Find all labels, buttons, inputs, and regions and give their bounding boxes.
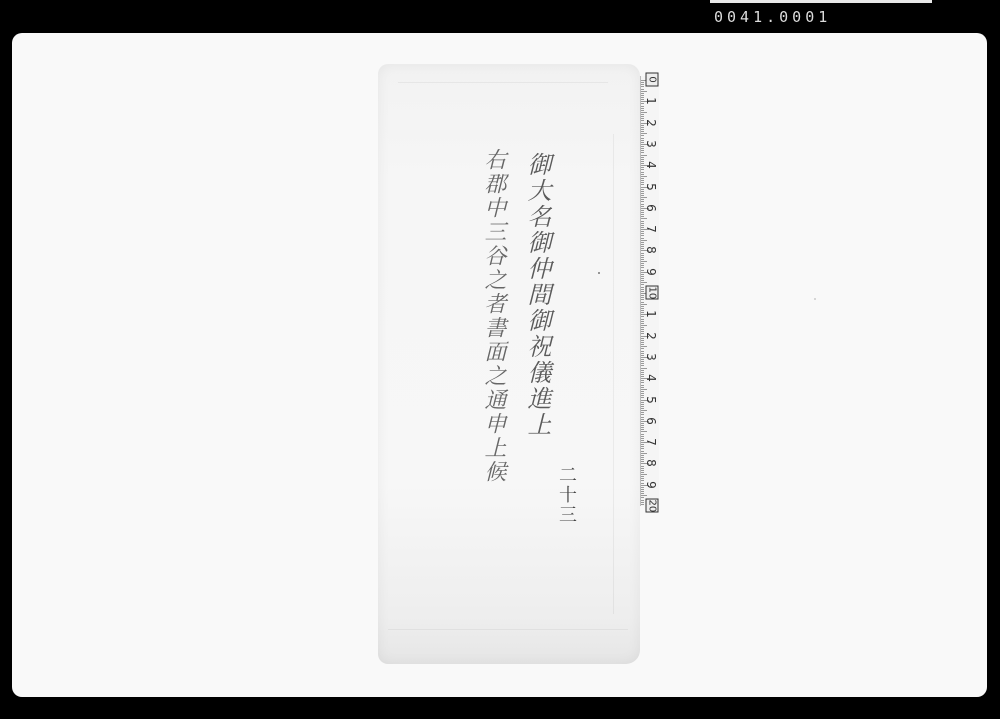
scale-tick	[641, 221, 644, 222]
scale-tick	[641, 365, 644, 366]
scale-label: 3	[644, 138, 658, 150]
scale-tick	[641, 263, 644, 264]
scale-label: 0	[646, 73, 659, 87]
scale-tick	[641, 434, 644, 435]
scale-tick	[641, 287, 644, 288]
scale-tick	[641, 325, 647, 326]
scale-tick	[641, 304, 647, 305]
scale-tick	[641, 86, 644, 87]
scale-tick	[641, 348, 644, 349]
document-text-column-2: 右郡中三谷之者書面之通申上候	[478, 148, 509, 484]
scale-tick	[641, 291, 644, 292]
scale-tick	[641, 429, 644, 430]
scale-tick	[641, 282, 647, 283]
document-text-column-1: 御大名御仲間御祝儀進上	[520, 152, 555, 438]
scale-label: 2	[644, 330, 658, 342]
scale-tick	[641, 257, 644, 258]
scale-label: 1	[644, 95, 658, 107]
scale-tick	[641, 133, 647, 134]
scale-tick	[641, 299, 644, 300]
scale-tick	[641, 302, 644, 303]
scale-label: 10	[646, 286, 659, 300]
scale-tick	[641, 289, 644, 290]
scale-tick	[641, 295, 644, 296]
scale-tick	[641, 193, 644, 194]
scale-tick	[641, 370, 644, 371]
scale-tick	[641, 108, 644, 109]
scale-label: 5	[644, 181, 658, 193]
scale-label: 7	[644, 223, 658, 235]
scale-tick	[641, 495, 647, 496]
scale-tick	[641, 84, 644, 85]
scale-tick	[641, 110, 644, 111]
scale-tick	[641, 280, 644, 281]
scale-label: 3	[644, 351, 658, 363]
scale-tick	[641, 410, 647, 411]
scale-label: 8	[644, 244, 658, 256]
scale-tick	[641, 240, 647, 241]
scale-label: 1	[644, 308, 658, 320]
scale-tick	[641, 112, 647, 113]
mount-speck	[814, 298, 816, 300]
scale-label: 4	[644, 159, 658, 171]
scale-tick	[641, 259, 644, 260]
document-paper	[378, 64, 640, 664]
scale-tick	[641, 242, 644, 243]
scale-tick	[641, 470, 644, 471]
scale-tick	[641, 199, 644, 200]
paper-speck	[598, 272, 600, 274]
scale-label: 9	[644, 266, 658, 278]
scale-tick	[641, 195, 644, 196]
scale-label: 4	[644, 372, 658, 384]
paper-fold-line	[388, 629, 628, 630]
scale-tick	[641, 502, 644, 503]
scale-tick	[641, 216, 644, 217]
scale-tick	[641, 431, 647, 432]
scale-tick	[641, 114, 644, 115]
scale-tick	[641, 176, 647, 177]
scale-tick	[641, 157, 644, 158]
scale-tick	[641, 368, 647, 369]
scale-tick	[641, 476, 644, 477]
film-edge-strip	[710, 0, 932, 3]
scale-tick	[641, 391, 644, 392]
scale-tick	[641, 321, 644, 322]
document-page-number: 二十三	[553, 465, 579, 525]
film-frame-id: 0041.0001	[714, 6, 831, 28]
scale-tick	[641, 472, 644, 473]
scale-tick	[641, 172, 644, 173]
scale-tick	[641, 342, 644, 343]
scale-label: 2	[644, 117, 658, 129]
scale-tick	[641, 453, 647, 454]
scale-label: 8	[644, 457, 658, 469]
scale-tick	[641, 448, 644, 449]
scale-label: 20	[646, 499, 659, 513]
scale-tick	[641, 82, 644, 83]
scale-tick	[641, 497, 644, 498]
scale-tick	[641, 387, 644, 388]
scale-tick	[641, 131, 644, 132]
scale-tick	[641, 474, 647, 475]
scale-tick	[641, 91, 647, 92]
scale-tick	[641, 344, 644, 345]
scale-label: 7	[644, 436, 658, 448]
scale-label: 9	[644, 479, 658, 491]
scale-tick	[641, 363, 644, 364]
scale-tick	[641, 306, 644, 307]
scale-tick	[641, 327, 644, 328]
scale-tick	[641, 178, 644, 179]
scale-tick	[641, 451, 644, 452]
scale-tick	[641, 238, 644, 239]
scale-tick	[641, 129, 644, 130]
scale-tick	[641, 427, 644, 428]
scale-tick	[641, 412, 644, 413]
scale-tick	[641, 150, 644, 151]
scale-tick	[641, 235, 644, 236]
scale-tick	[641, 346, 647, 347]
paper-fold-line	[613, 134, 614, 614]
scale-tick	[641, 455, 644, 456]
scale-tick	[641, 89, 644, 90]
scale-tick	[641, 261, 647, 262]
scale-tick	[641, 385, 644, 386]
scale-tick	[641, 389, 647, 390]
scale-label: 6	[644, 415, 658, 427]
scale-tick	[641, 493, 644, 494]
scale-tick	[641, 500, 644, 501]
scale-tick	[641, 297, 644, 298]
scale-tick	[641, 135, 644, 136]
scale-tick	[641, 491, 644, 492]
paper-fold-line	[398, 82, 608, 83]
scale-tick	[641, 214, 644, 215]
scale-tick	[641, 152, 644, 153]
scale-tick	[641, 408, 644, 409]
scale-tick	[641, 155, 647, 156]
scale-tick	[641, 504, 644, 505]
scale-label: 5	[644, 394, 658, 406]
scale-tick	[641, 278, 644, 279]
scale-tick	[641, 174, 644, 175]
scale-tick	[641, 218, 647, 219]
scale-label: 6	[644, 202, 658, 214]
scale-tick	[641, 93, 644, 94]
scale-tick	[641, 284, 644, 285]
scale-tick	[641, 323, 644, 324]
scale-tick	[641, 406, 644, 407]
scale-tick	[641, 197, 647, 198]
measurement-scale: 01234567891012345678920	[640, 76, 659, 506]
